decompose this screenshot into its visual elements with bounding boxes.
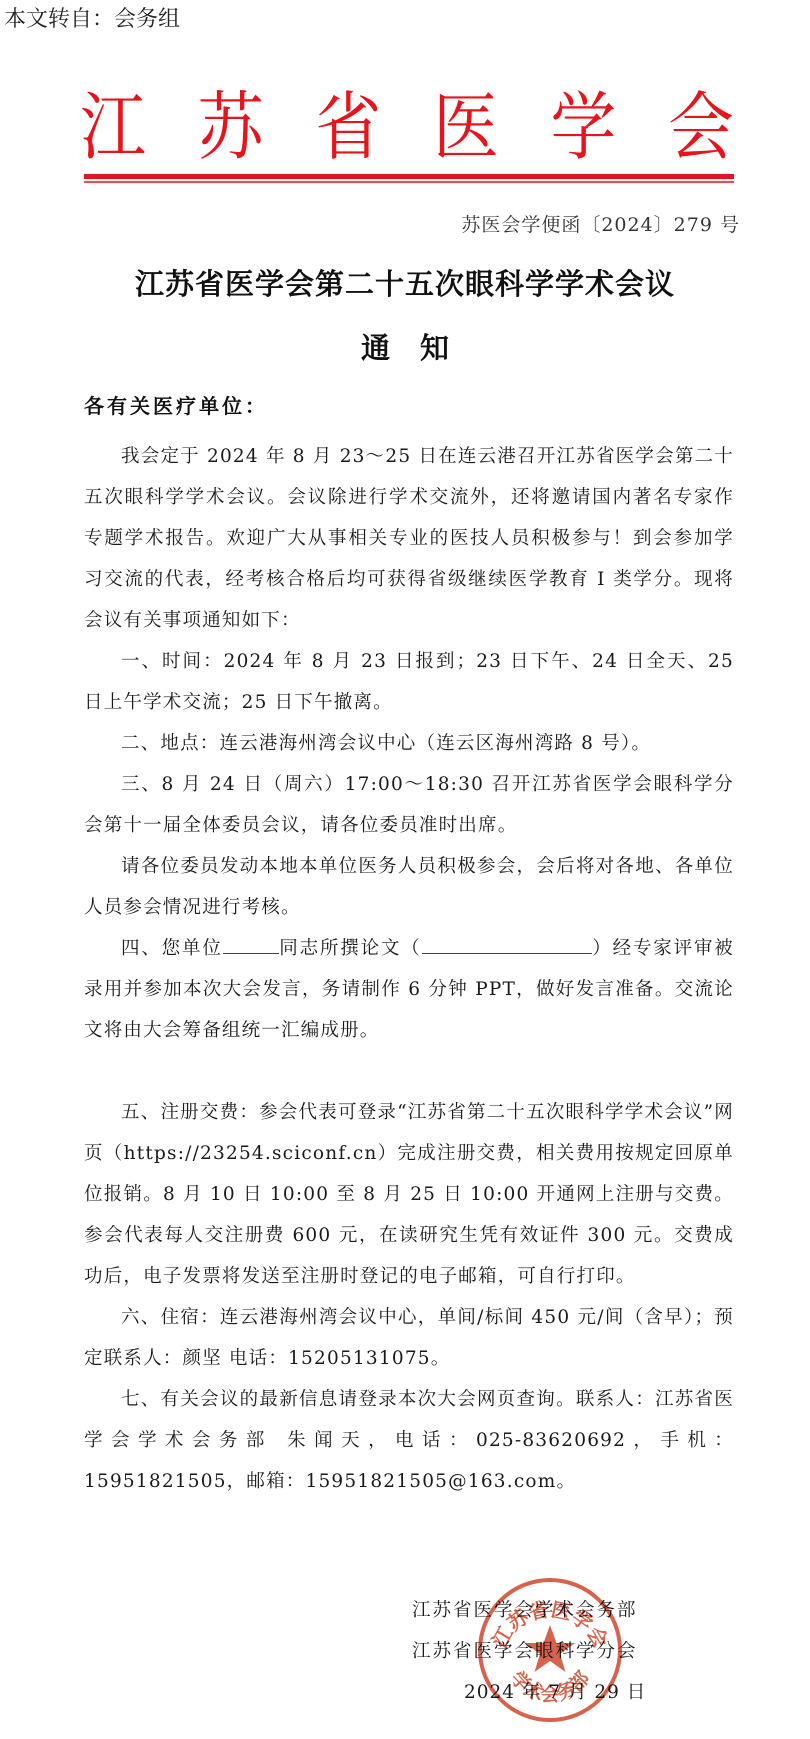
paragraph-intro: 我会定于 2024 年 8 月 23～25 日在连云港召开江苏省医学会第二十五次… (84, 436, 734, 641)
document-subtitle: 通知 (0, 326, 810, 367)
letterhead-char: 苏 (198, 88, 264, 169)
attribution-label: 本文转自：会务组 (4, 2, 180, 33)
official-seal-icon: 江苏省医学会 学术会务部 (475, 1575, 625, 1725)
document-body: 我会定于 2024 年 8 月 23～25 日在连云港召开江苏省医学会第二十五次… (84, 436, 734, 1502)
paragraph-item-committee-meeting: 三、8 月 24 日（周六）17:00～18:30 召开江苏省医学会眼科学分会第… (84, 764, 734, 846)
paper-text-2: 同志所撰论文（ (279, 938, 422, 959)
letterhead-char: 省 (315, 88, 381, 169)
paragraph-item-registration: 五、注册交费：参会代表可登录“江苏省第二十五次眼科学学术会议”网页（https:… (84, 1092, 734, 1297)
paragraph-item-location: 二、地点：连云港海州湾会议中心（连云区海州湾路 8 号）。 (84, 723, 734, 764)
paragraph-item-paper: 四、您单位同志所撰论文（）经专家评审被录用并参加本次大会发言，务请制作 6 分钟… (84, 928, 734, 1051)
paragraph-item-committee-note: 请各位委员发动本地本单位医务人员积极参会，会后将对各地、各单位人员参会情况进行考… (84, 846, 734, 928)
paper-text-1: 四、您单位 (121, 938, 223, 959)
letterhead-char: 江 (80, 88, 146, 169)
paragraph-item-contact: 七、有关会议的最新信息请登录本次大会网页查询。联系人：江苏省医学会学术会务部 朱… (84, 1379, 734, 1502)
document-number: 苏医会学便函〔2024〕279 号 (461, 210, 740, 237)
salutation: 各有关医疗单位： (84, 390, 268, 419)
letterhead-title: 江 苏 省 医 学 会 (80, 92, 734, 164)
svg-text:学术会务部: 学术会务部 (506, 1667, 594, 1706)
blank-paper-title-field (422, 935, 592, 954)
document-title: 江苏省医学会第二十五次眼科学学术会议 (0, 262, 810, 303)
letterhead-char: 医 (433, 88, 499, 169)
letterhead-divider-thin (84, 181, 734, 183)
letterhead-divider-thick (84, 174, 734, 179)
letterhead-char: 会 (668, 88, 734, 169)
blank-name-field (223, 935, 279, 954)
paragraph-item-accommodation: 六、住宿：连云港海州湾会议中心，单间/标间 450 元/间（含早）；预定联系人：… (84, 1297, 734, 1379)
paragraph-item-time: 一、时间：2024 年 8 月 23 日报到；23 日下午、24 日全天、25 … (84, 641, 734, 723)
seal-bottom-text: 学术会务部 (506, 1667, 594, 1706)
letterhead-char: 学 (550, 88, 616, 169)
